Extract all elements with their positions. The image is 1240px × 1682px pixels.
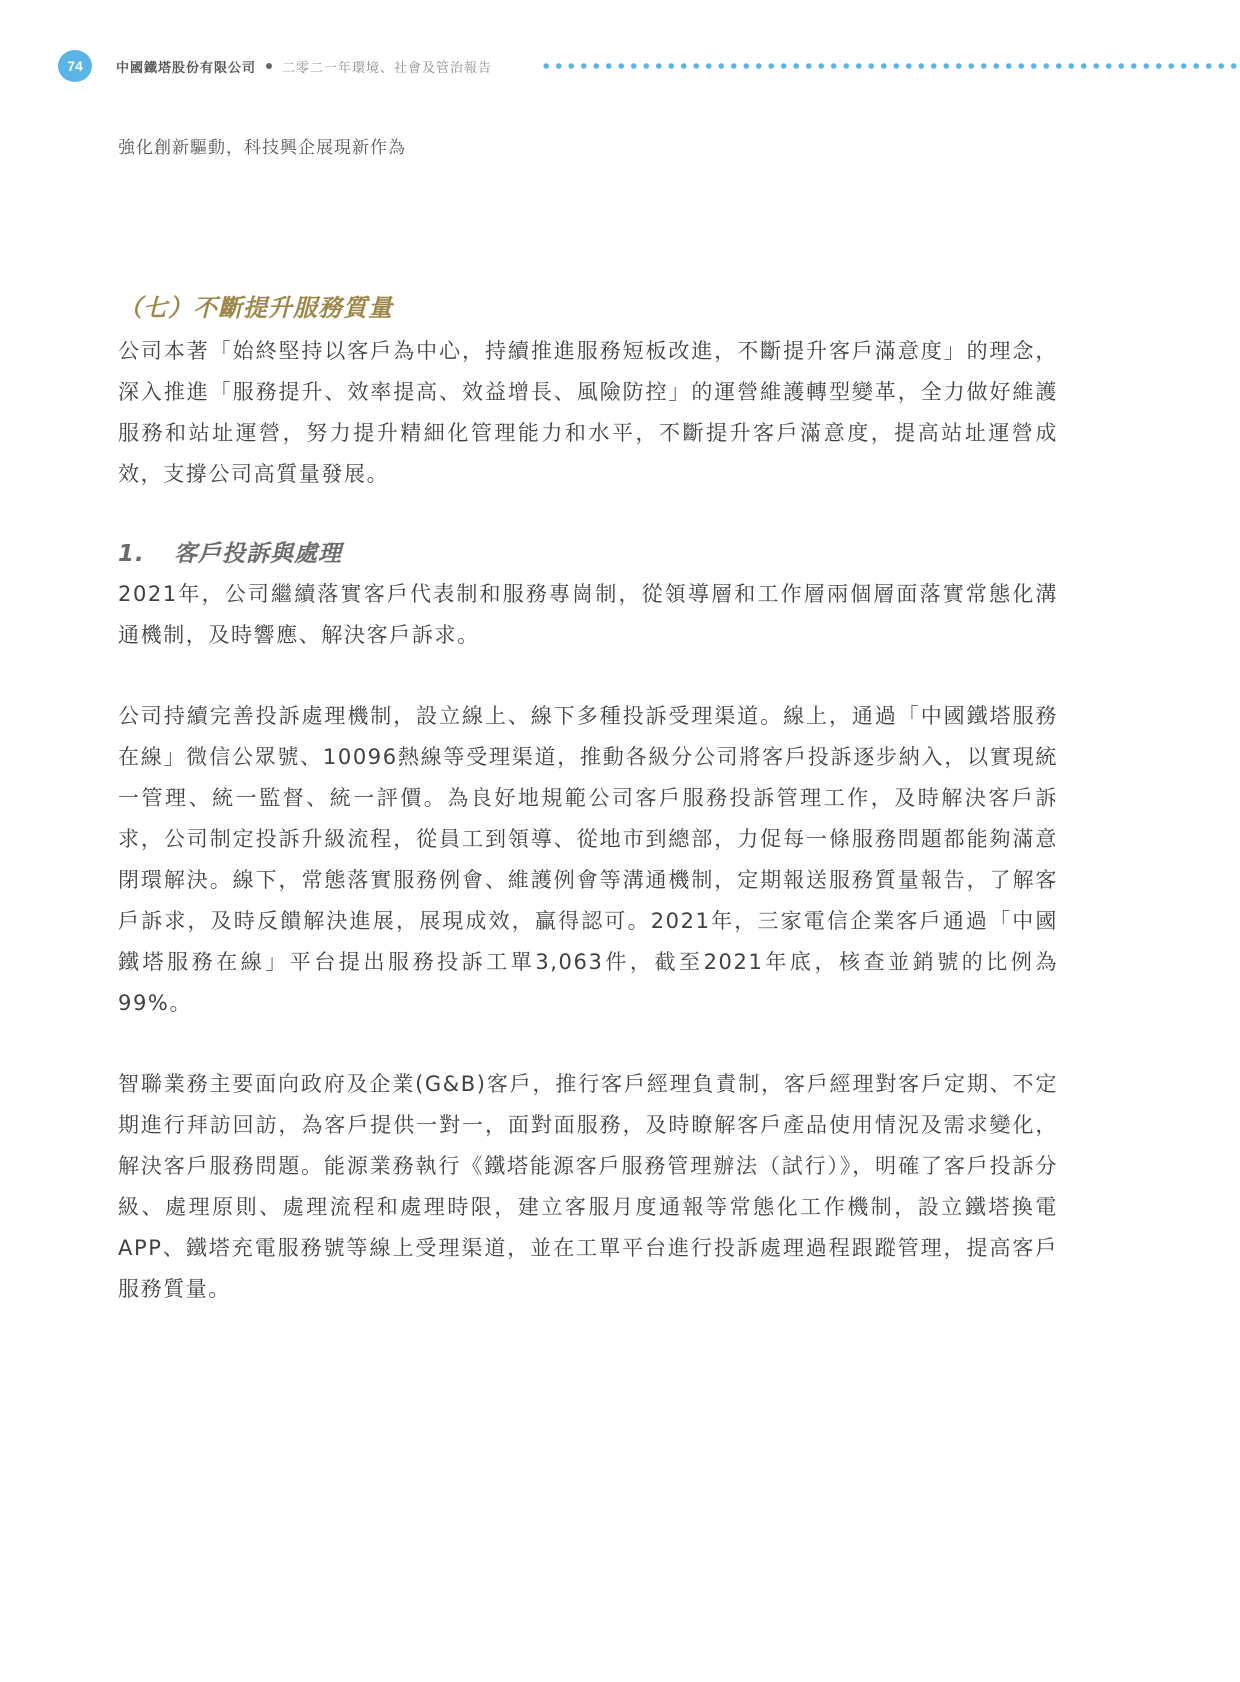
separator-dot-icon [266, 63, 272, 69]
section-title: （七）不斷提升服務質量 [118, 288, 1058, 323]
subsection-number: 1. [118, 541, 174, 567]
subsection-title-text: 客戶投訴與處理 [174, 541, 342, 567]
dotted-rule [540, 63, 1240, 69]
company-name: 中國鐵塔股份有限公司 [116, 57, 256, 76]
subsection-title: 1.客戶投訴與處理 [118, 535, 1058, 568]
page-number-badge: 74 [58, 50, 92, 82]
paragraph-1: 2021年，公司繼續落實客戶代表制和服務專崗制，從領導層和工作層兩個層面落實常態… [118, 574, 1058, 656]
intro-paragraph: 公司本著「始終堅持以客戶為中心，持續推進服務短板改進，不斷提升客戶滿意度」的理念… [118, 331, 1058, 495]
chapter-label: 強化創新驅動，科技興企展現新作為 [118, 133, 406, 158]
main-content: （七）不斷提升服務質量 公司本著「始終堅持以客戶為中心，持續推進服務短板改進，不… [118, 288, 1058, 1350]
report-title: 二零二一年環境、社會及管治報告 [282, 57, 492, 76]
paragraph-3: 智聯業務主要面向政府及企業(G&B)客戶，推行客戶經理負責制，客戶經理對客戶定期… [118, 1064, 1058, 1310]
paragraph-2: 公司持續完善投訴處理機制，設立線上、線下多種投訴受理渠道。線上，通過「中國鐵塔服… [118, 696, 1058, 1024]
page-header: 74 中國鐵塔股份有限公司 二零二一年環境、社會及管治報告 [58, 50, 1240, 82]
